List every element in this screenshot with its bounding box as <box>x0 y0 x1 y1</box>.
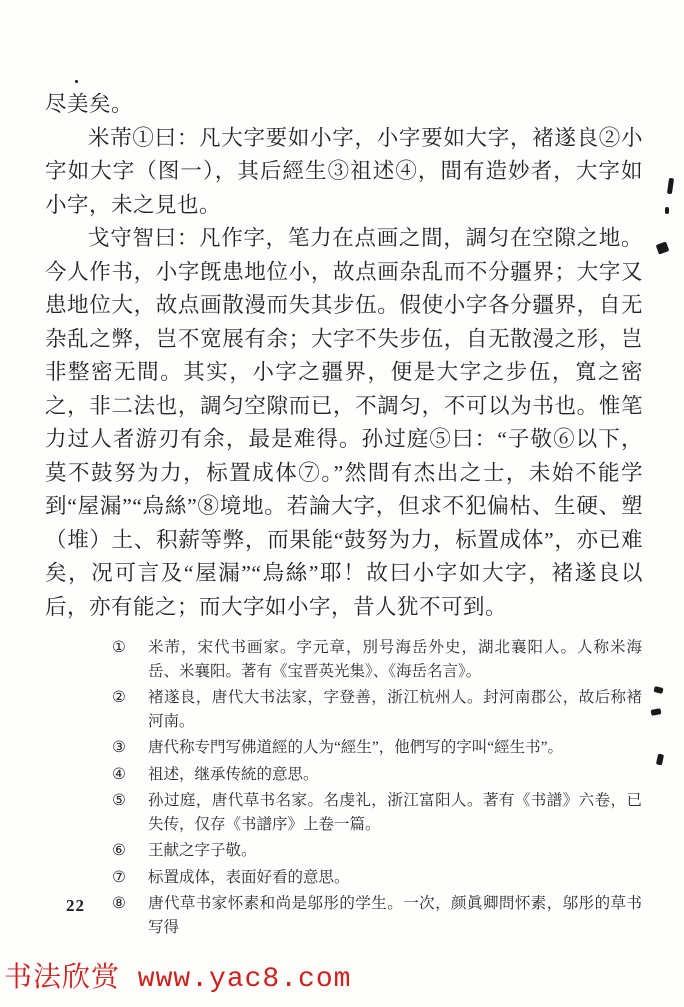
scan-artifact <box>656 753 664 765</box>
footnote-marker: ⑦ <box>112 866 148 890</box>
footnote-marker: ⑤ <box>112 789 148 836</box>
scan-artifact <box>667 178 674 195</box>
footnote-marker: ⑧ <box>112 892 148 939</box>
footnote-text: 孙过庭，唐代草书名家。名虔礼，浙江富阳人。著有《书譜》六卷，已失传，仅存《书譜序… <box>148 789 642 836</box>
scanned-book-page: 尽美矣。 米芾①曰：凡大字要如小字，小字要如大字，褚遂良②小字如大字（图一），其… <box>0 0 684 1007</box>
page-number: 22 <box>66 896 85 916</box>
scan-artifact <box>651 708 662 716</box>
footnote-8: ⑧ 唐代草书家怀素和尚是邬彤的学生。一次，颜眞卿問怀素，邬彤的草书写得 <box>112 892 642 939</box>
footnote-text: 米芾，宋代书画家。字元章，別号海岳外史，湖北襄阳人。人称米海岳、米襄阳。著有《宝… <box>148 636 642 683</box>
site-watermark: 书法欣赏 www.yac8.com <box>4 955 351 995</box>
footnote-marker: ② <box>112 686 148 733</box>
footnotes-section: ① 米芾，宋代书画家。字元章，別号海岳外史，湖北襄阳人。人称米海岳、米襄阳。著有… <box>112 636 642 942</box>
footnote-text: 王献之字子敬。 <box>148 839 642 863</box>
scan-artifact <box>656 241 670 254</box>
footnote-5: ⑤ 孙过庭，唐代草书名家。名虔礼，浙江富阳人。著有《书譜》六卷，已失传，仅存《书… <box>112 789 642 836</box>
footnote-6: ⑥ 王献之字子敬。 <box>112 839 642 863</box>
footnote-marker: ① <box>112 636 148 683</box>
main-text-block: 尽美矣。 米芾①曰：凡大字要如小字，小字要如大字，褚遂良②小字如大字（图一），其… <box>45 88 643 624</box>
scan-artifact <box>653 686 663 694</box>
footnote-1: ① 米芾，宋代书画家。字元章，別号海岳外史，湖北襄阳人。人称米海岳、米襄阳。著有… <box>112 636 642 683</box>
footnote-text: 唐代称专門写佛道經的人为“經生”，他們写的字叫“經生书”。 <box>148 736 642 760</box>
scan-artifact <box>665 207 669 214</box>
footnote-4: ④ 祖述，继承传統的意思。 <box>112 763 642 787</box>
footnote-3: ③ 唐代称专門写佛道經的人为“經生”，他們写的字叫“經生书”。 <box>112 736 642 760</box>
paragraph-continuation: 尽美矣。 <box>45 88 643 122</box>
footnote-text: 唐代草书家怀素和尚是邬彤的学生。一次，颜眞卿問怀素，邬彤的草书写得 <box>148 892 642 939</box>
paragraph-ge-shouzhi-quote: 戈守智曰：凡作字，笔力在点画之間，調匀在空隙之地。今人作书，小字旣患地位小，故点… <box>45 222 643 624</box>
footnote-marker: ④ <box>112 763 148 787</box>
scan-artifact <box>75 80 78 83</box>
footnote-marker: ③ <box>112 736 148 760</box>
paragraph-mi-fu-quote: 米芾①曰：凡大字要如小字，小字要如大字，褚遂良②小字如大字（图一），其后經生③祖… <box>45 122 643 223</box>
footnote-text: 标置成体，表面好看的意思。 <box>148 866 642 890</box>
footnote-marker: ⑥ <box>112 839 148 863</box>
footnote-text: 褚遂良，唐代大书法家，字登善，浙江杭州人。封河南郡公，故后称褚河南。 <box>148 686 642 733</box>
footnote-text: 祖述，继承传統的意思。 <box>148 763 642 787</box>
footnote-2: ② 褚遂良，唐代大书法家，字登善，浙江杭州人。封河南郡公，故后称褚河南。 <box>112 686 642 733</box>
footnote-7: ⑦ 标置成体，表面好看的意思。 <box>112 866 642 890</box>
